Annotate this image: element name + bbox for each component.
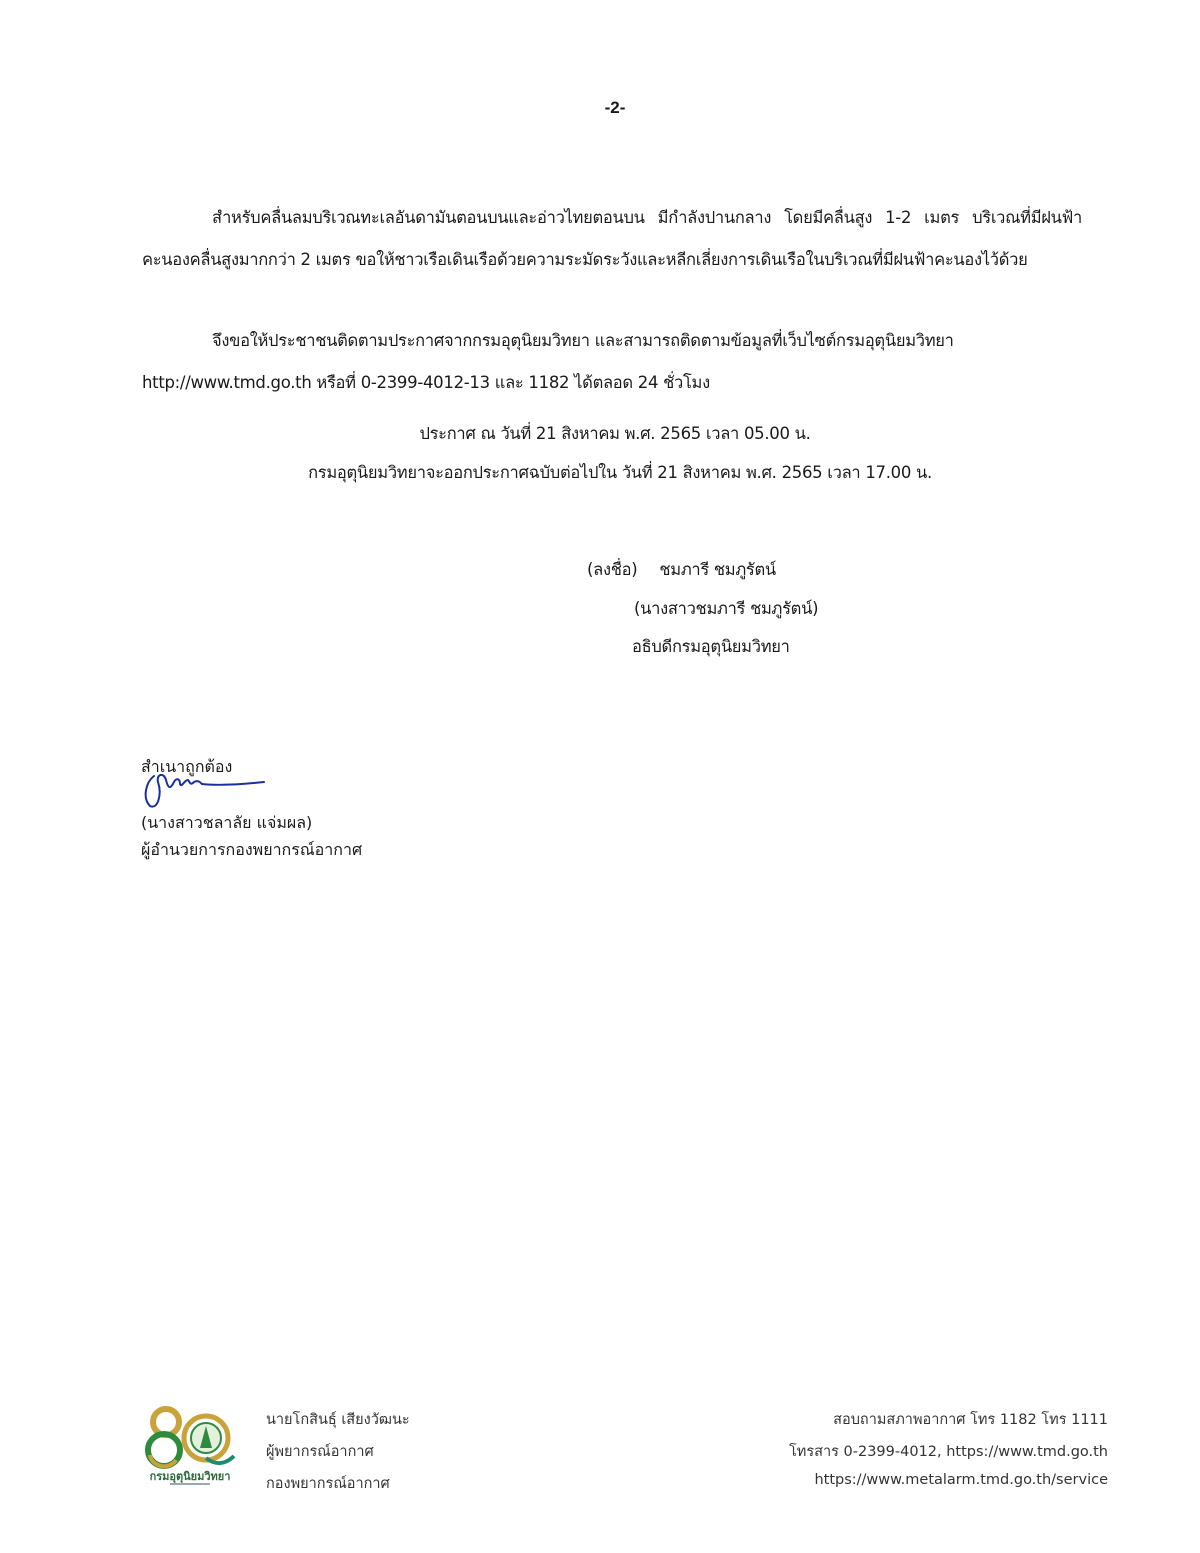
- signed-name: ชมภารี ชมภูรัตน์: [659, 560, 776, 579]
- signatory-full-name: (นางสาวชมภารี ชมภูรัตน์): [634, 596, 818, 622]
- certified-copy-position: ผู้อำนวยการกองพยากรณ์อากาศ: [141, 838, 362, 863]
- signed-line: (ลงชื่อ)ชมภารี ชมภูรัตน์: [587, 557, 776, 583]
- paragraph-follow-line2: http://www.tmd.go.th หรือที่ 0-2399-4012…: [142, 370, 710, 396]
- svg-text:กรมอุตุนิยมวิทยา: กรมอุตุนิยมวิทยา: [150, 1470, 231, 1484]
- contact-service-link[interactable]: https://www.metalarm.tmd.go.th/service: [814, 1472, 1108, 1488]
- contact-phone: สอบถามสภาพอากาศ โทร 1182 โทร 1111: [833, 1408, 1108, 1431]
- forecaster-title: ผู้พยากรณ์อากาศ: [266, 1440, 374, 1463]
- signed-label: (ลงชื่อ): [587, 560, 637, 579]
- certified-copy-name: (นางสาวชลาลัย แจ่มผล): [141, 811, 312, 836]
- tmd-80th-anniversary-logo: กรมอุตุนิยมวิทยา: [140, 1400, 240, 1490]
- paragraph-wave-warning: สำหรับคลื่นลมบริเวณทะเลอันดามันตอนบนและอ…: [142, 197, 1082, 281]
- next-announcement: กรมอุตุนิยมวิทยาจะออกประกาศฉบับต่อไปใน ว…: [0, 460, 1200, 486]
- page-number: -2-: [0, 98, 1200, 118]
- handwritten-signature: [140, 768, 270, 810]
- contact-fax-website: โทรสาร 0-2399-4012, https://www.tmd.go.t…: [789, 1440, 1108, 1463]
- forecaster-division: กองพยากรณ์อากาศ: [266, 1472, 390, 1495]
- announcement-date: ประกาศ ณ วันที่ 21 สิงหาคม พ.ศ. 2565 เวล…: [0, 421, 1200, 447]
- forecaster-name: นายโกสินธุ์ เสียงวัฒนะ: [266, 1408, 410, 1431]
- signatory-position: อธิบดีกรมอุตุนิยมวิทยา: [632, 634, 790, 660]
- paragraph-follow-line1: จึงขอให้ประชาชนติดตามประกาศจากกรมอุตุนิย…: [212, 328, 954, 354]
